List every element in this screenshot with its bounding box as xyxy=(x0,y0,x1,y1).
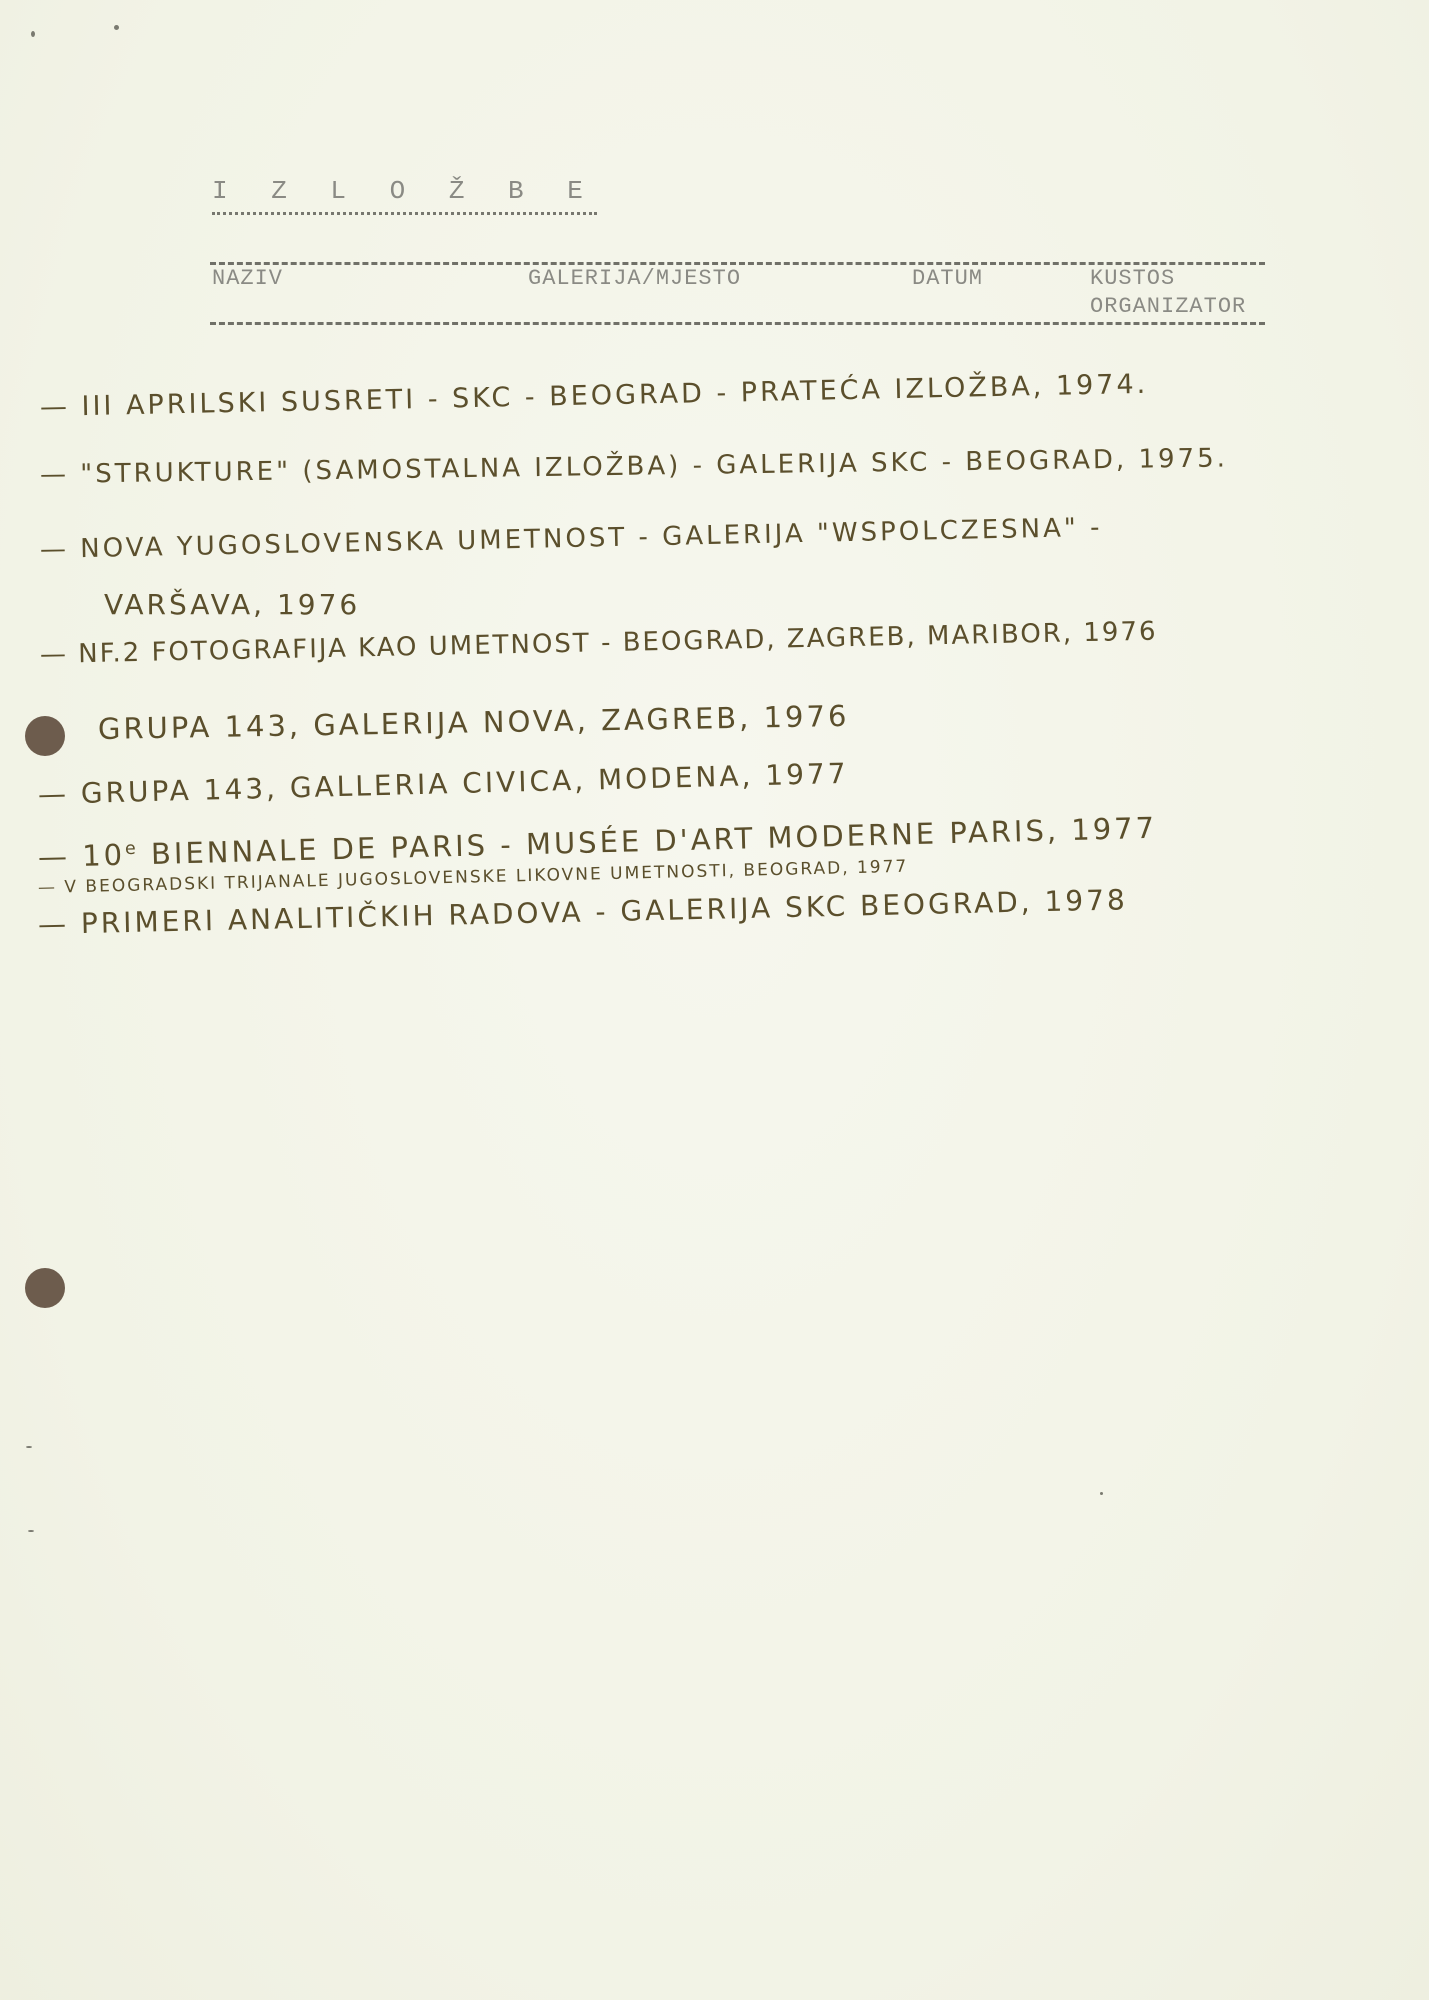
punch-hole xyxy=(25,1268,65,1308)
paper-mark xyxy=(28,1530,34,1532)
exhibition-entry: — NOVA YUGOSLOVENSKA UMETNOST - GALERIJA… xyxy=(40,513,1103,565)
punch-hole xyxy=(25,716,65,756)
paper-mark xyxy=(26,1446,32,1448)
exhibition-entry-continuation: VARŠAVA, 1976 xyxy=(104,588,360,621)
column-header-organizator: ORGANIZATOR xyxy=(1090,294,1246,319)
ordinal-superscript: e xyxy=(125,839,139,859)
header-top-rule xyxy=(210,262,1265,265)
paper-speck xyxy=(114,25,119,30)
entry-prefix: — 10 xyxy=(38,838,126,874)
exhibition-entry: — "STRUKTURE" (SAMOSTALNA IZLOŽBA) - GAL… xyxy=(40,443,1228,490)
column-header-datum: DATUM xyxy=(912,266,983,291)
page-title: I Z L O Ž B E xyxy=(212,176,597,215)
column-header-kustos: KUSTOS xyxy=(1090,266,1175,291)
paper-speck xyxy=(31,31,35,37)
exhibition-entry: GRUPA 143, GALERIJA NOVA, ZAGREB, 1976 xyxy=(98,699,850,746)
column-header-galerija-mjesto: GALERIJA/MJESTO xyxy=(528,266,741,291)
scanned-document-page: I Z L O Ž B E NAZIV GALERIJA/MJESTO DATU… xyxy=(0,0,1429,2000)
exhibition-entry: — NF.2 FOTOGRAFIJA KAO UMETNOST - BEOGRA… xyxy=(40,617,1158,670)
paper-speck xyxy=(1100,1492,1103,1495)
exhibition-entry: — III APRILSKI SUSRETI - SKC - BEOGRAD -… xyxy=(40,369,1149,423)
header-bottom-rule xyxy=(210,322,1265,325)
exhibition-entry: — GRUPA 143, GALLERIA CIVICA, MODENA, 19… xyxy=(38,757,849,811)
column-header-naziv: NAZIV xyxy=(212,266,283,291)
